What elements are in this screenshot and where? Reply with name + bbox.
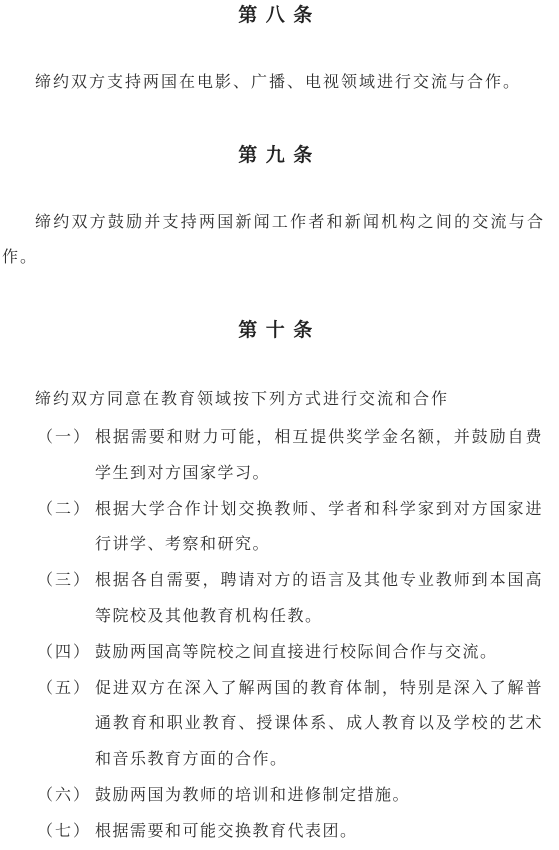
list-item-2: （二） 根据大学合作计划交换教师、学者和科学家到对方国家进行讲学、考察和研究。 [2,492,543,564]
list-item-5: （五） 促进双方在深入了解两国的教育体制，特别是深入了解普通教育和职业教育、授课… [2,671,543,778]
list-item-4-marker: （四） [37,635,91,671]
article-9-paragraph: 缔约双方鼓励并支持两国新闻工作者和新闻机构之间的交流与合作。 [2,205,545,275]
article-10-item-list: （一） 根据需要和财力可能，相互提供奖学金名额，并鼓励自费学生到对方国家学习。 … [2,420,545,850]
list-item-6: （六） 鼓励两国为教师的培训和进修制定措施。 [2,778,543,814]
list-item-7-marker: （七） [37,814,91,850]
list-item-1: （一） 根据需要和财力可能，相互提供奖学金名额，并鼓励自费学生到对方国家学习。 [2,420,543,492]
article-9-heading: 第九条 [0,144,559,168]
article-8-heading: 第八条 [0,4,559,28]
list-item-4-text: 鼓励两国高等院校之间直接进行校际间合作与交流。 [95,644,498,661]
list-item-1-marker: （一） [37,420,91,456]
article-10-heading: 第十条 [0,319,559,343]
list-item-2-marker: （二） [37,492,91,528]
list-item-6-text: 鼓励两国为教师的培训和进修制定措施。 [95,787,410,804]
list-item-7-text: 根据需要和可能交换教育代表团。 [95,823,358,840]
document-page: 第八条 缔约双方支持两国在电影、广播、电视领域进行交流与合作。 第九条 缔约双方… [0,0,559,850]
list-item-5-marker: （五） [37,671,91,707]
list-item-3-marker: （三） [37,563,91,599]
list-item-7: （七） 根据需要和可能交换教育代表团。 [2,814,543,850]
list-item-1-text: 根据需要和财力可能，相互提供奖学金名额，并鼓励自费学生到对方国家学习。 [95,429,543,482]
list-item-6-marker: （六） [37,778,91,814]
list-item-4: （四） 鼓励两国高等院校之间直接进行校际间合作与交流。 [2,635,543,671]
article-8-paragraph: 缔约双方支持两国在电影、广播、电视领域进行交流与合作。 [2,65,545,100]
article-10-intro-paragraph: 缔约双方同意在教育领域按下列方式进行交流和合作 [2,382,545,417]
list-item-3: （三） 根据各自需要，聘请对方的语言及其他专业教师到本国高等院校及其他教育机构任… [2,563,543,635]
list-item-3-text: 根据各自需要，聘请对方的语言及其他专业教师到本国高等院校及其他教育机构任教。 [95,572,543,625]
list-item-5-text: 促进双方在深入了解两国的教育体制，特别是深入了解普通教育和职业教育、授课体系、成… [95,680,543,769]
list-item-2-text: 根据大学合作计划交换教师、学者和科学家到对方国家进行讲学、考察和研究。 [95,501,543,554]
